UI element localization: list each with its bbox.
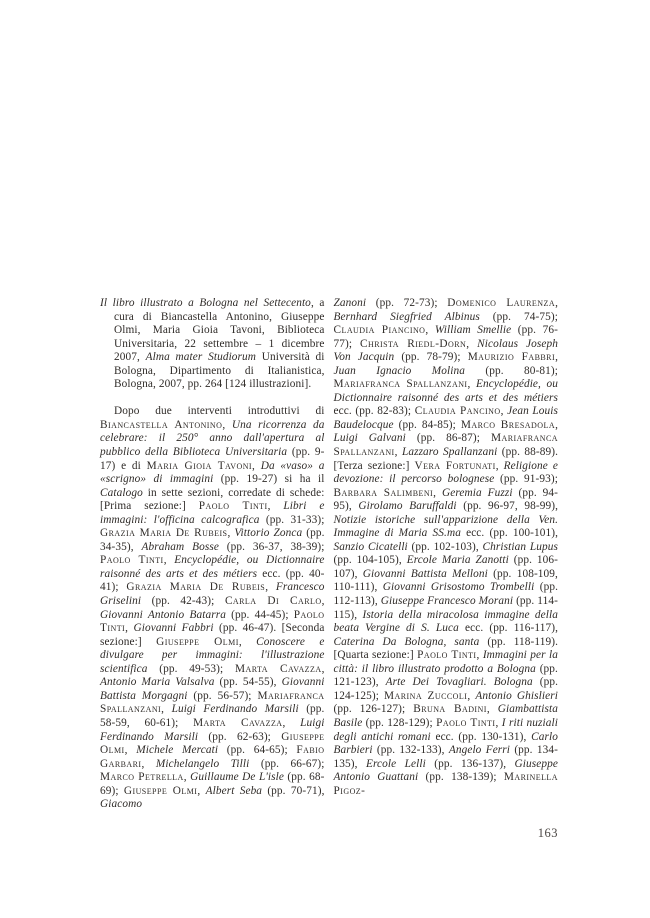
scanned-book-page: Il libro illustrato a Bologna nel Settec… <box>0 0 650 918</box>
text-column-left: Il libro illustrato a Bologna nel Settec… <box>100 297 325 812</box>
review-body-paragraph-right: Zanoni (pp. 72-73); Domenico Laurenza, B… <box>334 297 559 798</box>
review-body-paragraph-left: Dopo due interventi introduttivi di Bian… <box>100 405 325 811</box>
page-number: 163 <box>100 826 558 841</box>
text-column-right: Zanoni (pp. 72-73); Domenico Laurenza, B… <box>334 297 559 812</box>
review-text-block: Il libro illustrato a Bologna nel Settec… <box>100 297 558 812</box>
bibliographic-entry-paragraph: Il libro illustrato a Bologna nel Settec… <box>100 297 325 392</box>
